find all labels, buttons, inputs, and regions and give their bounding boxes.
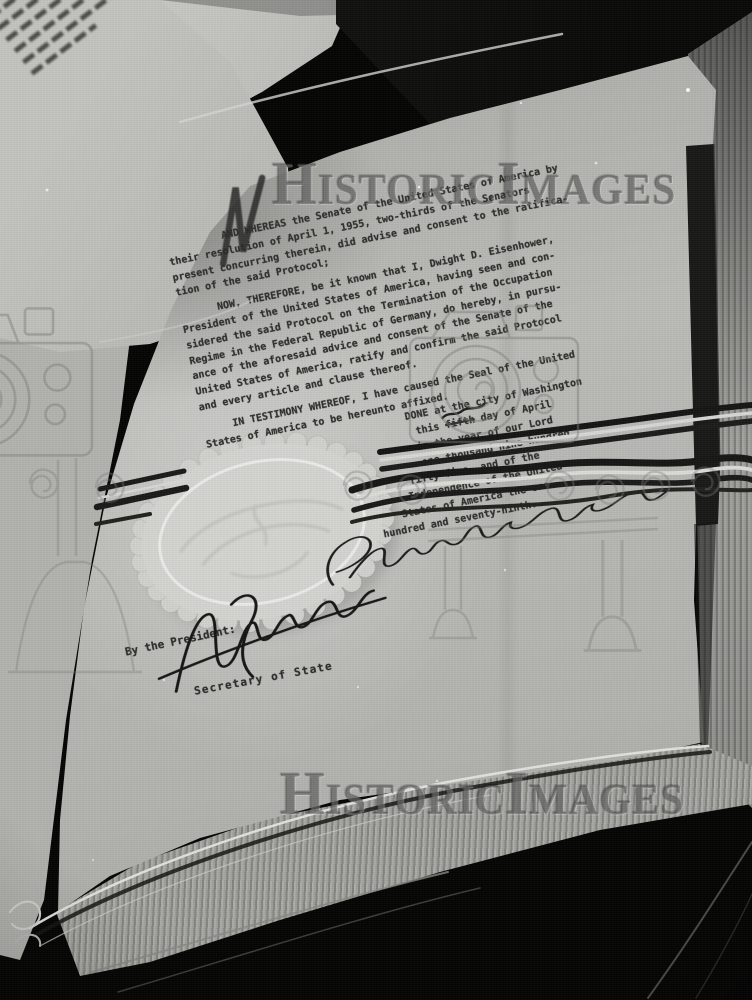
seal-ribbon-stubs (96, 471, 186, 524)
press-photo-of-ratification-document: AND WHEREAS the Senate of the United Sta… (0, 0, 752, 1000)
corner-ribbon-curls (10, 902, 40, 946)
camera-icon (0, 308, 92, 455)
watermark-brand-bottom: HistoricImages (280, 758, 684, 828)
blurred-text-lines (0, 0, 246, 83)
secretary-of-state-line: Secretary of State (193, 659, 334, 697)
cover-edge-highlights (92, 842, 752, 998)
by-the-president-line: By the President: (124, 622, 237, 658)
watermark-brand-top: HistoricImages (272, 148, 676, 218)
